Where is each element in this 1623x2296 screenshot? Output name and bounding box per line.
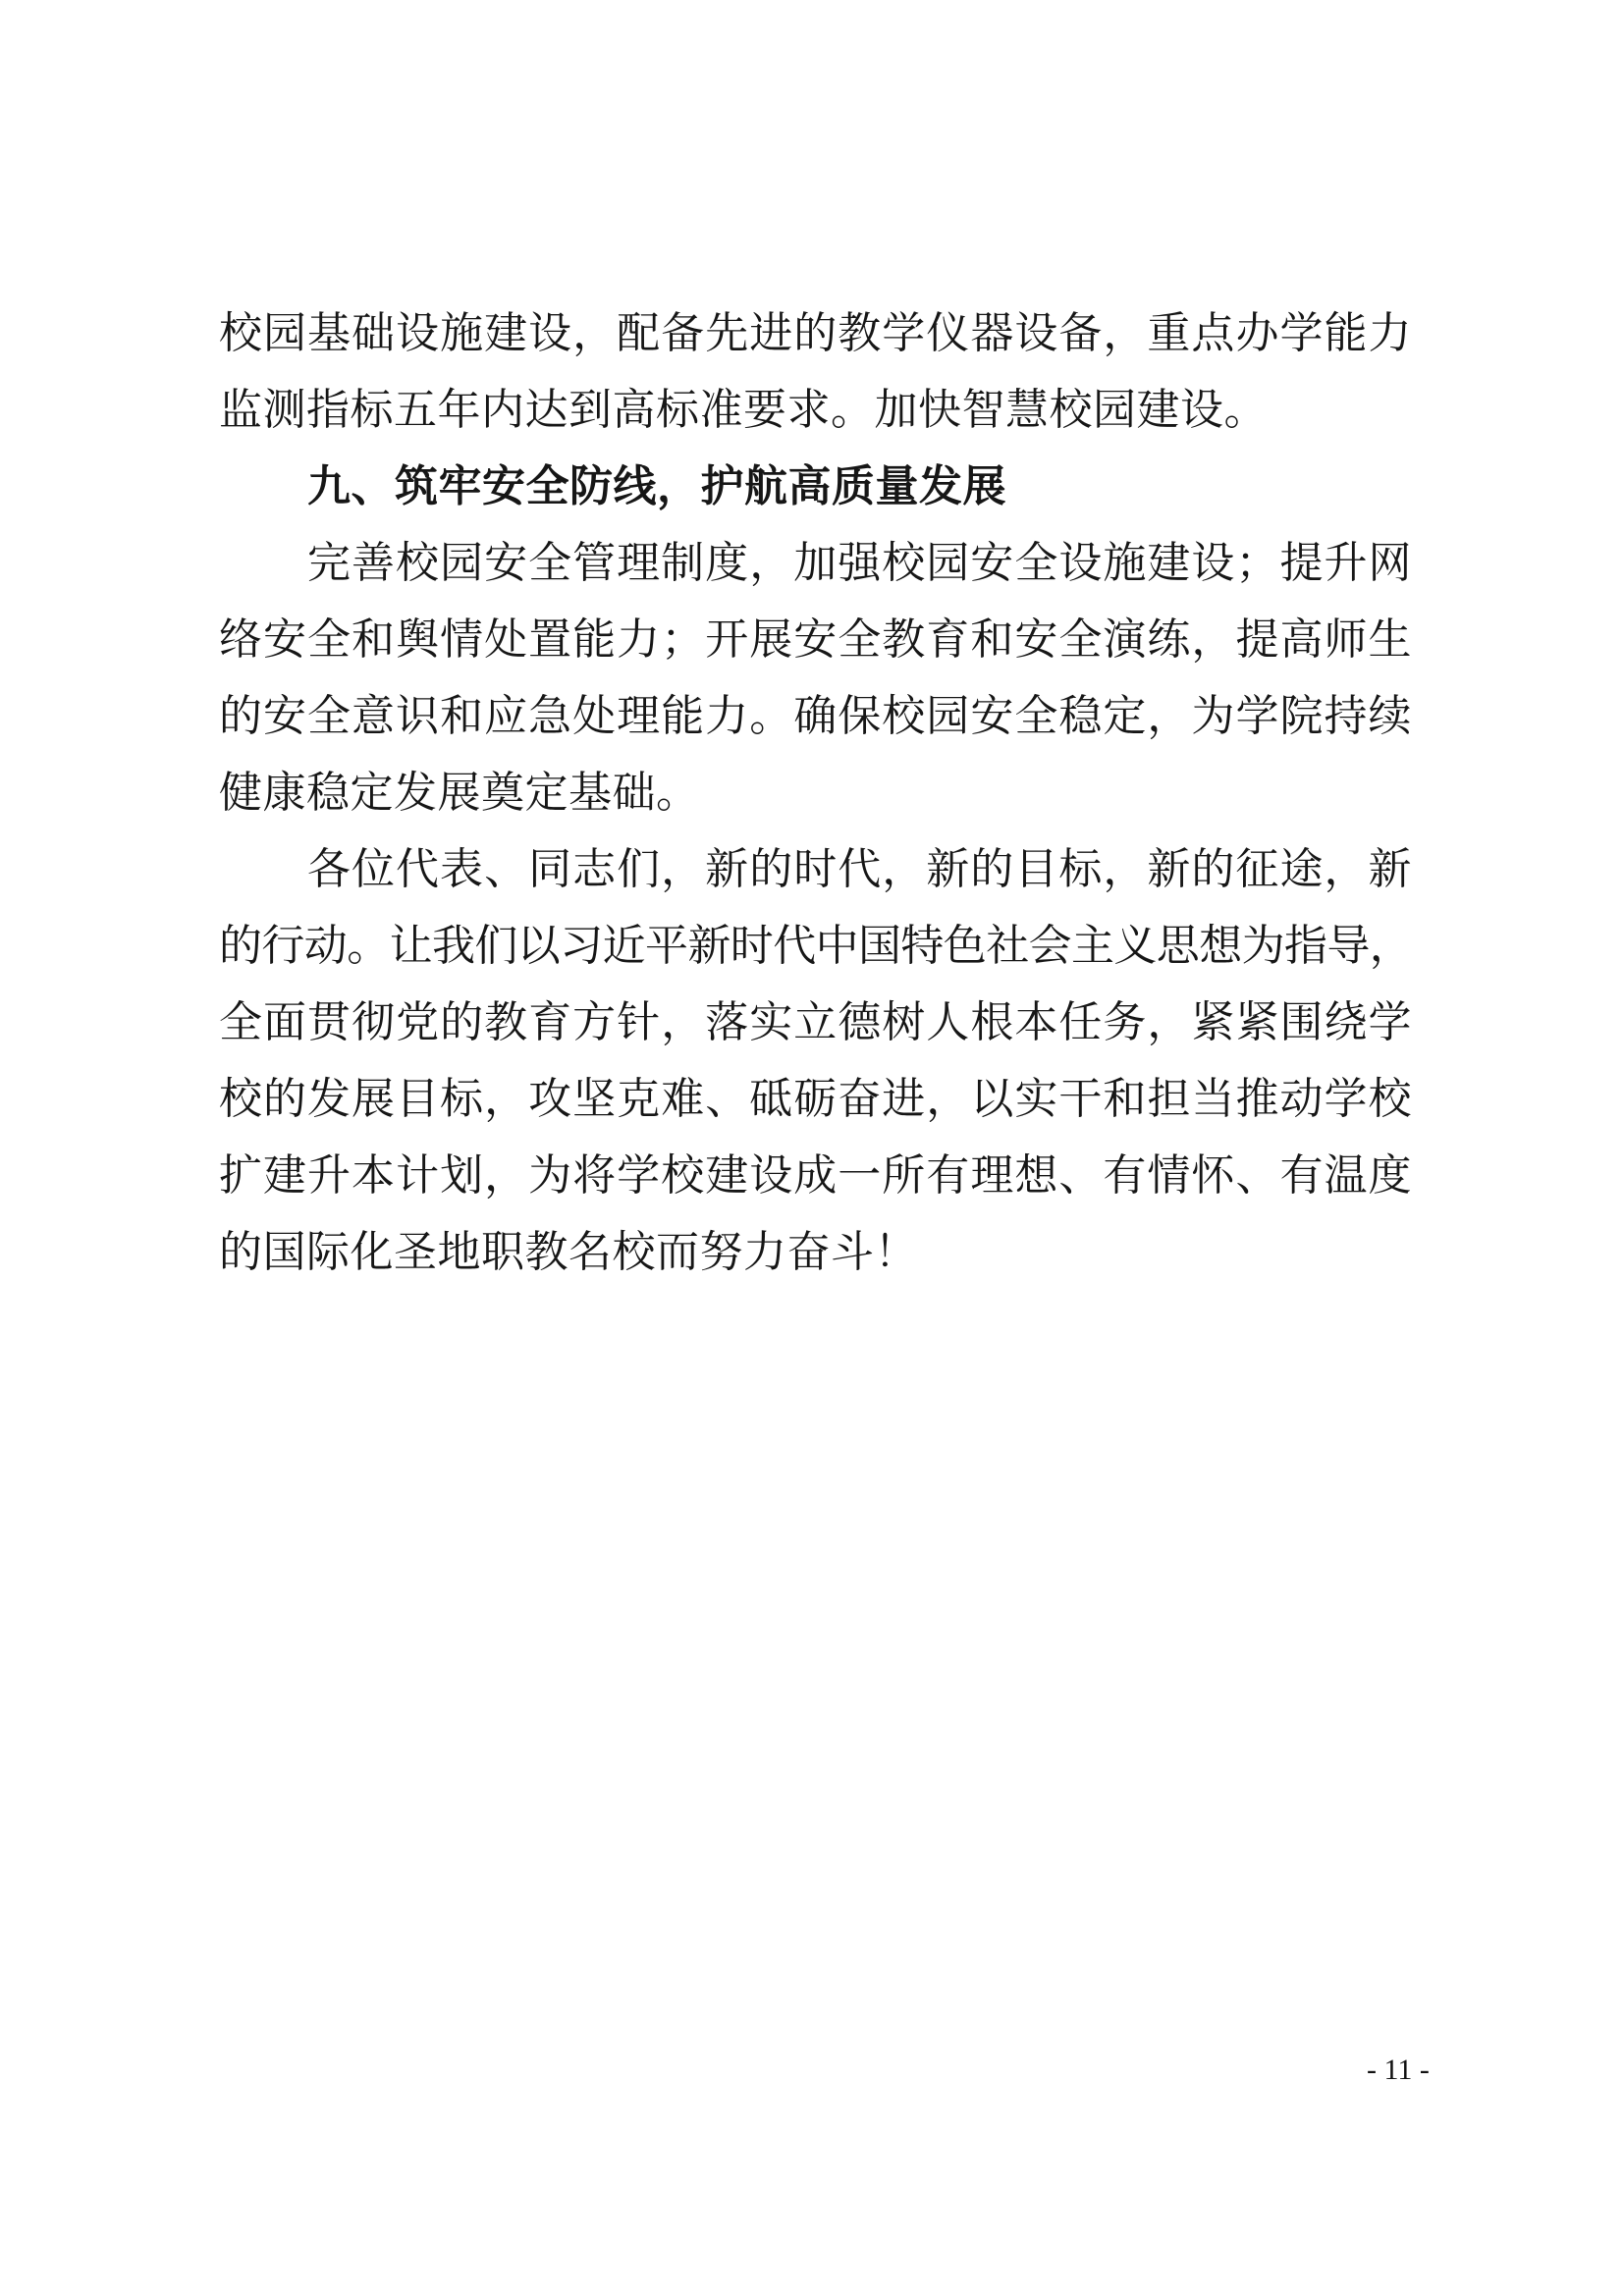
- text-line: 的行动。让我们以习近平新时代中国特色社会主义思想为指导，: [219, 908, 1412, 985]
- text-line: 校的发展目标，攻坚克难、砥砺奋进，以实干和担当推动学校: [219, 1061, 1412, 1138]
- section-heading: 九、筑牢安全防线，护航高质量发展: [219, 449, 1412, 525]
- text-line: 各位代表、同志们，新的时代，新的目标，新的征途，新: [219, 831, 1412, 908]
- text-line: 监测指标五年内达到高标准要求。加快智慧校园建设。: [219, 372, 1412, 449]
- text-line: 络安全和舆情处置能力；开展安全教育和安全演练，提高师生: [219, 602, 1412, 678]
- text-line: 健康稳定发展奠定基础。: [219, 755, 1412, 831]
- text-line: 扩建升本计划，为将学校建设成一所有理想、有情怀、有温度: [219, 1138, 1412, 1214]
- text-line: 完善校园安全管理制度，加强校园安全设施建设；提升网: [219, 525, 1412, 602]
- text-line: 的国际化圣地职教名校而努力奋斗！: [219, 1214, 1412, 1291]
- page-number: - 11 -: [1367, 2054, 1430, 2087]
- text-line: 全面贯彻党的教育方针，落实立德树人根本任务，紧紧围绕学: [219, 985, 1412, 1061]
- text-line: 校园基础设施建设，配备先进的教学仪器设备，重点办学能力: [219, 295, 1412, 372]
- document-body-text: 校园基础设施建设，配备先进的教学仪器设备，重点办学能力 监测指标五年内达到高标准…: [219, 295, 1412, 1291]
- document-page: 校园基础设施建设，配备先进的教学仪器设备，重点办学能力 监测指标五年内达到高标准…: [0, 0, 1623, 2296]
- text-line: 的安全意识和应急处理能力。确保校园安全稳定，为学院持续: [219, 678, 1412, 755]
